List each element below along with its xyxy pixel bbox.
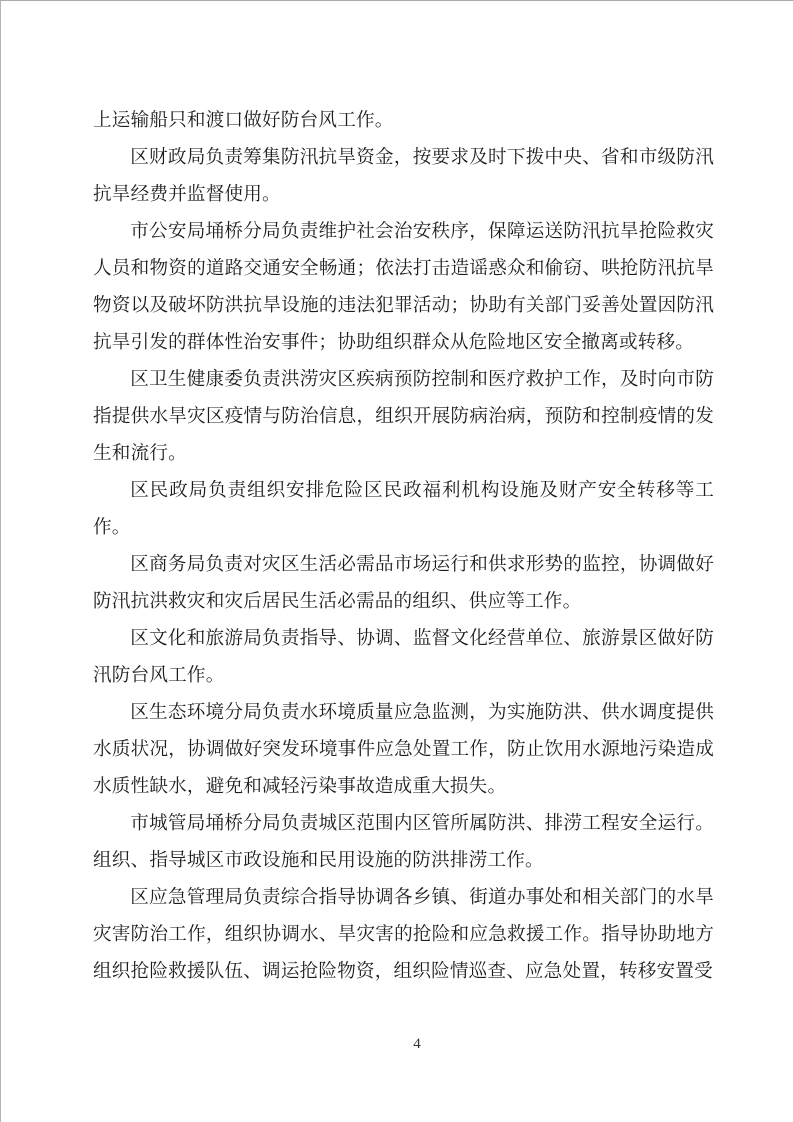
page-footer: 4 [1,1034,793,1054]
paragraph: 区商务局负责对灾区生活必需品市场运行和供求形势的监控，协调做好防汛抗洪救灾和灾后… [93,546,714,620]
paragraph: 区生态环境分局负责水环境质量应急监测，为实施防洪、供水调度提供水质状况，协调做好… [93,694,714,805]
paragraph: 区文化和旅游局负责指导、协调、监督文化经营单位、旅游景区做好防汛防台风工作。 [93,620,714,694]
document-page: { "document": { "page_number": "4", "par… [0,0,793,1122]
paragraph: 区民政局负责组织安排危险区民政福利机构设施及财产安全转移等工作。 [93,472,714,546]
paragraph: 上运输船只和渡口做好防台风工作。 [93,102,714,139]
paragraph: 市公安局埇桥分局负责维护社会治安秩序，保障运送防汛抗旱抢险救灾人员和物资的道路交… [93,213,714,361]
paragraph: 区卫生健康委负责洪涝灾区疾病预防控制和医疗救护工作，及时向市防指提供水旱灾区疫情… [93,361,714,472]
page-number: 4 [413,1036,421,1052]
paragraph: 市城管局埇桥分局负责城区范围内区管所属防洪、排涝工程安全运行。组织、指导城区市政… [93,805,714,879]
document-body: 上运输船只和渡口做好防台风工作。 区财政局负责筹集防汛抗旱资金，按要求及时下拨中… [93,102,714,990]
paragraph: 区应急管理局负责综合指导协调各乡镇、街道办事处和相关部门的水旱灾害防治工作，组织… [93,879,714,990]
paragraph: 区财政局负责筹集防汛抗旱资金，按要求及时下拨中央、省和市级防汛抗旱经费并监督使用… [93,139,714,213]
